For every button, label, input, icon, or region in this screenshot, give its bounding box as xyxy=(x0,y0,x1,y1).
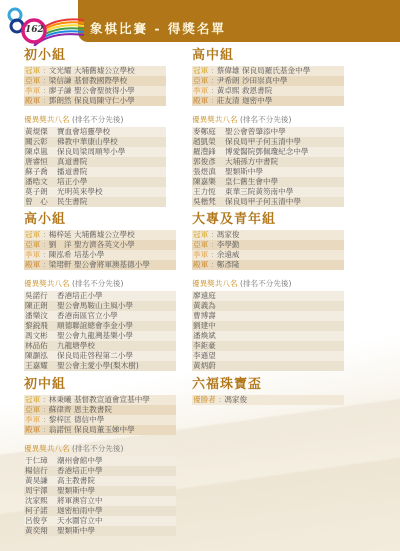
winner-name: 文光耀 xyxy=(49,66,72,75)
honor-row: 呂俊亨天水圍官立中 xyxy=(24,516,176,526)
honor-row: 于仁璋潮州會館中學 xyxy=(24,456,176,466)
honor-row: 趙凱榮保良局甲子何玉清中學 xyxy=(192,137,344,147)
winner-name: 鄧朗然 xyxy=(49,96,72,105)
honor-row: 關云彰佛教中華康山學校 xyxy=(24,137,166,147)
honor-row: 黃昊謙高主教書院 xyxy=(24,476,176,486)
winner-row: 殿軍:莊友清 迦密中學 xyxy=(192,96,344,106)
honor-row: 陳灝泓保良局莊啓程第二小學 xyxy=(24,351,176,361)
honor-row: 曹博壽 xyxy=(192,311,344,321)
winner-school: 大埔舊墟公立學校 xyxy=(74,66,135,75)
honor-row: 周宇澤聖類斯中學 xyxy=(24,486,176,496)
section-junior-secondary: 初中組 冠軍:林秉曦 基督教宣道會宣基中學 亞軍:蘇律齊 恩主教書院 季軍:黎梓… xyxy=(24,376,176,536)
honor-row: 曾 心民生書院 xyxy=(24,197,166,207)
winner-name: 梁信謙 xyxy=(49,76,72,85)
section-title: 初中組 xyxy=(24,376,176,393)
honor-row: 柯子諾迦密柏雨中學 xyxy=(24,506,176,516)
honor-row: 王力恆東華三院黃笏南中學 xyxy=(192,187,344,197)
honor-row: 麥鄭庭聖公會曾肇添中學 xyxy=(192,127,344,137)
winner-row: 季軍:廖子謙 聖公會聖彼得小學 xyxy=(24,86,166,96)
honor-row: 吳楷梵保良局甲子何玉清中學 xyxy=(192,197,344,207)
section-title: 六福珠寶盃 xyxy=(192,376,344,393)
section-senior-primary: 高小組 冠軍:楊梓延 大埔舊墟公立學校 亞軍:劉 洋 聖方濟各英文小學 季軍:陳… xyxy=(24,211,176,371)
honor-row: 潘樂汶香港南區官立小學 xyxy=(24,311,176,321)
honor-row: 莫子朗光明英來學校 xyxy=(24,187,166,197)
page-number: 162 xyxy=(25,25,44,35)
section-title: 高中組 xyxy=(192,47,344,64)
place-label: 季軍 xyxy=(25,86,40,96)
honor-row: 陳正朗聖公會馬鞍山主風小學 xyxy=(24,301,176,311)
honor-row: 張煜滇聖類斯中學 xyxy=(192,167,344,177)
winner-row: 殿軍:翁諾恒 保良局董玉娣中學 xyxy=(24,425,176,435)
winner-row: 亞軍:蘇律齊 恩主教書院 xyxy=(24,405,176,415)
logo-rings-rainbow-icon xyxy=(6,6,86,46)
winner-row: 季軍:黎梓匡 德信中學 xyxy=(24,415,176,425)
winner-row: 冠軍:文光耀 大埔舊墟公立學校 xyxy=(24,66,166,76)
honor-row: 黃炳蔚 xyxy=(192,361,344,371)
honor-row: 沈家熙將軍澳官立中 xyxy=(24,496,176,506)
section-chow-tai-fook-cup: 六福珠寶盃 優勝者:馮家俊 xyxy=(192,376,344,405)
honor-row: 黃奕翔聖類斯中學 xyxy=(24,526,176,536)
honor-heading: 優異獎共八名 (排名不分先後) xyxy=(24,443,176,454)
honor-row: 劉建中 xyxy=(192,321,344,331)
honor-row: 潘煥斌 xyxy=(192,331,344,341)
honor-row: 馮文彬聖公會九龍灣基樂小學 xyxy=(24,331,176,341)
winner-row: 季軍:余遠威 xyxy=(192,250,344,260)
winner-row: 冠軍:楊梓延 大埔舊墟公立學校 xyxy=(24,230,176,240)
winner-school: 保良局陳守仁小學 xyxy=(74,96,135,105)
section-senior-secondary: 高中組 冠軍:蔡偉雄 保良局羅氏基金中學 亞軍:尹希朗 沙田崇真中學 季軍:黃卓… xyxy=(192,47,344,207)
place-label: 冠軍 xyxy=(25,66,40,76)
winner-name: 廖子謙 xyxy=(49,86,72,95)
section-tertiary-youth: 大專及青年組 冠軍:馮家俊 亞軍:李學勤 季軍:余遠威 殿軍:鄭彥隆 優異獎共八… xyxy=(192,211,344,371)
honor-row: 林品佑九龍塘學校 xyxy=(24,341,176,351)
place-label: 亞軍 xyxy=(25,76,40,86)
honor-heading: 優異獎共八名 (排名不分先後) xyxy=(192,114,344,125)
page-title: 象棋比賽 - 得獎名單 xyxy=(90,19,226,37)
honor-row: 羅澧鋒博愛醫院鄧佩瓊紀念中學 xyxy=(192,147,344,157)
page-header: 162 象棋比賽 - 得獎名單 xyxy=(0,0,400,44)
honor-row: 陳卓嵐保良局梁周順琴小學 xyxy=(24,147,166,157)
winner-row: 冠軍:蔡偉雄 保良局羅氏基金中學 xyxy=(192,66,344,76)
honor-row: 郭俊彥大埔孫方中書院 xyxy=(192,157,344,167)
honor-row: 蘇子喬播道書院 xyxy=(24,167,166,177)
honor-row: 黎鋭飛順德聯誼總會李金小學 xyxy=(24,321,176,331)
honor-row: 黃焜傑寶血會培靈學校 xyxy=(24,127,166,137)
winner-row: 殿軍:梁珺軒 聖公會將軍澳基德小學 xyxy=(24,260,176,270)
winner-row: 冠軍:林秉曦 基督教宣道會宣基中學 xyxy=(24,395,176,405)
winner-school: 聖公會聖彼得小學 xyxy=(74,86,135,95)
honor-heading: 優異獎共八名 (排名不分先後) xyxy=(24,278,176,289)
place-label: 殿軍 xyxy=(25,96,40,106)
honor-row: 黃義為 xyxy=(192,301,344,311)
honor-row: 李鉅豪 xyxy=(192,341,344,351)
section-title: 高小組 xyxy=(24,211,176,228)
honor-row: 潘晧文培正小學 xyxy=(24,177,166,187)
section-title: 大專及青年組 xyxy=(192,211,344,228)
winner-row: 優勝者:馮家俊 xyxy=(192,395,344,405)
section-junior-primary: 初小組 冠軍:文光耀 大埔舊墟公立學校 亞軍:梁信謙 基督教國際學校 季軍:廖子… xyxy=(24,47,166,207)
winner-row: 亞軍:梁信謙 基督教國際學校 xyxy=(24,76,166,86)
winner-school: 基督教國際學校 xyxy=(74,76,127,85)
winner-row: 季軍:陳泓希 培基小學 xyxy=(24,250,176,260)
honor-row: 吳諾行香港培正小學 xyxy=(24,291,176,301)
winner-row: 冠軍:馮家俊 xyxy=(192,230,344,240)
honor-row: 李遜望 xyxy=(192,351,344,361)
section-title: 初小組 xyxy=(24,47,166,64)
winner-row: 亞軍:尹希朗 沙田崇真中學 xyxy=(192,76,344,86)
honor-row: 陳嘉樂皇仁舊生會中學 xyxy=(192,177,344,187)
honor-row: 楊信行香港培正中學 xyxy=(24,466,176,476)
honor-row: 唐睿恒真道書院 xyxy=(24,157,166,167)
honor-row: 王嘉耀聖公會主愛小學(梨木樹) xyxy=(24,361,176,371)
winner-row: 亞軍:劉 洋 聖方濟各英文小學 xyxy=(24,240,176,250)
winner-row: 殿軍:鄭彥隆 xyxy=(192,260,344,270)
honor-heading: 優異獎共八名 (排名不分先後) xyxy=(24,114,166,125)
winner-row: 季軍:黃卓熙 救恩書院 xyxy=(192,86,344,96)
honor-row: 廖遠庭 xyxy=(192,291,344,301)
winner-row: 亞軍:李學勤 xyxy=(192,240,344,250)
honor-heading: 優異獎共八名 (排名不分先後) xyxy=(192,278,344,289)
winner-row: 殿軍:鄧朗然 保良局陳守仁小學 xyxy=(24,96,166,106)
